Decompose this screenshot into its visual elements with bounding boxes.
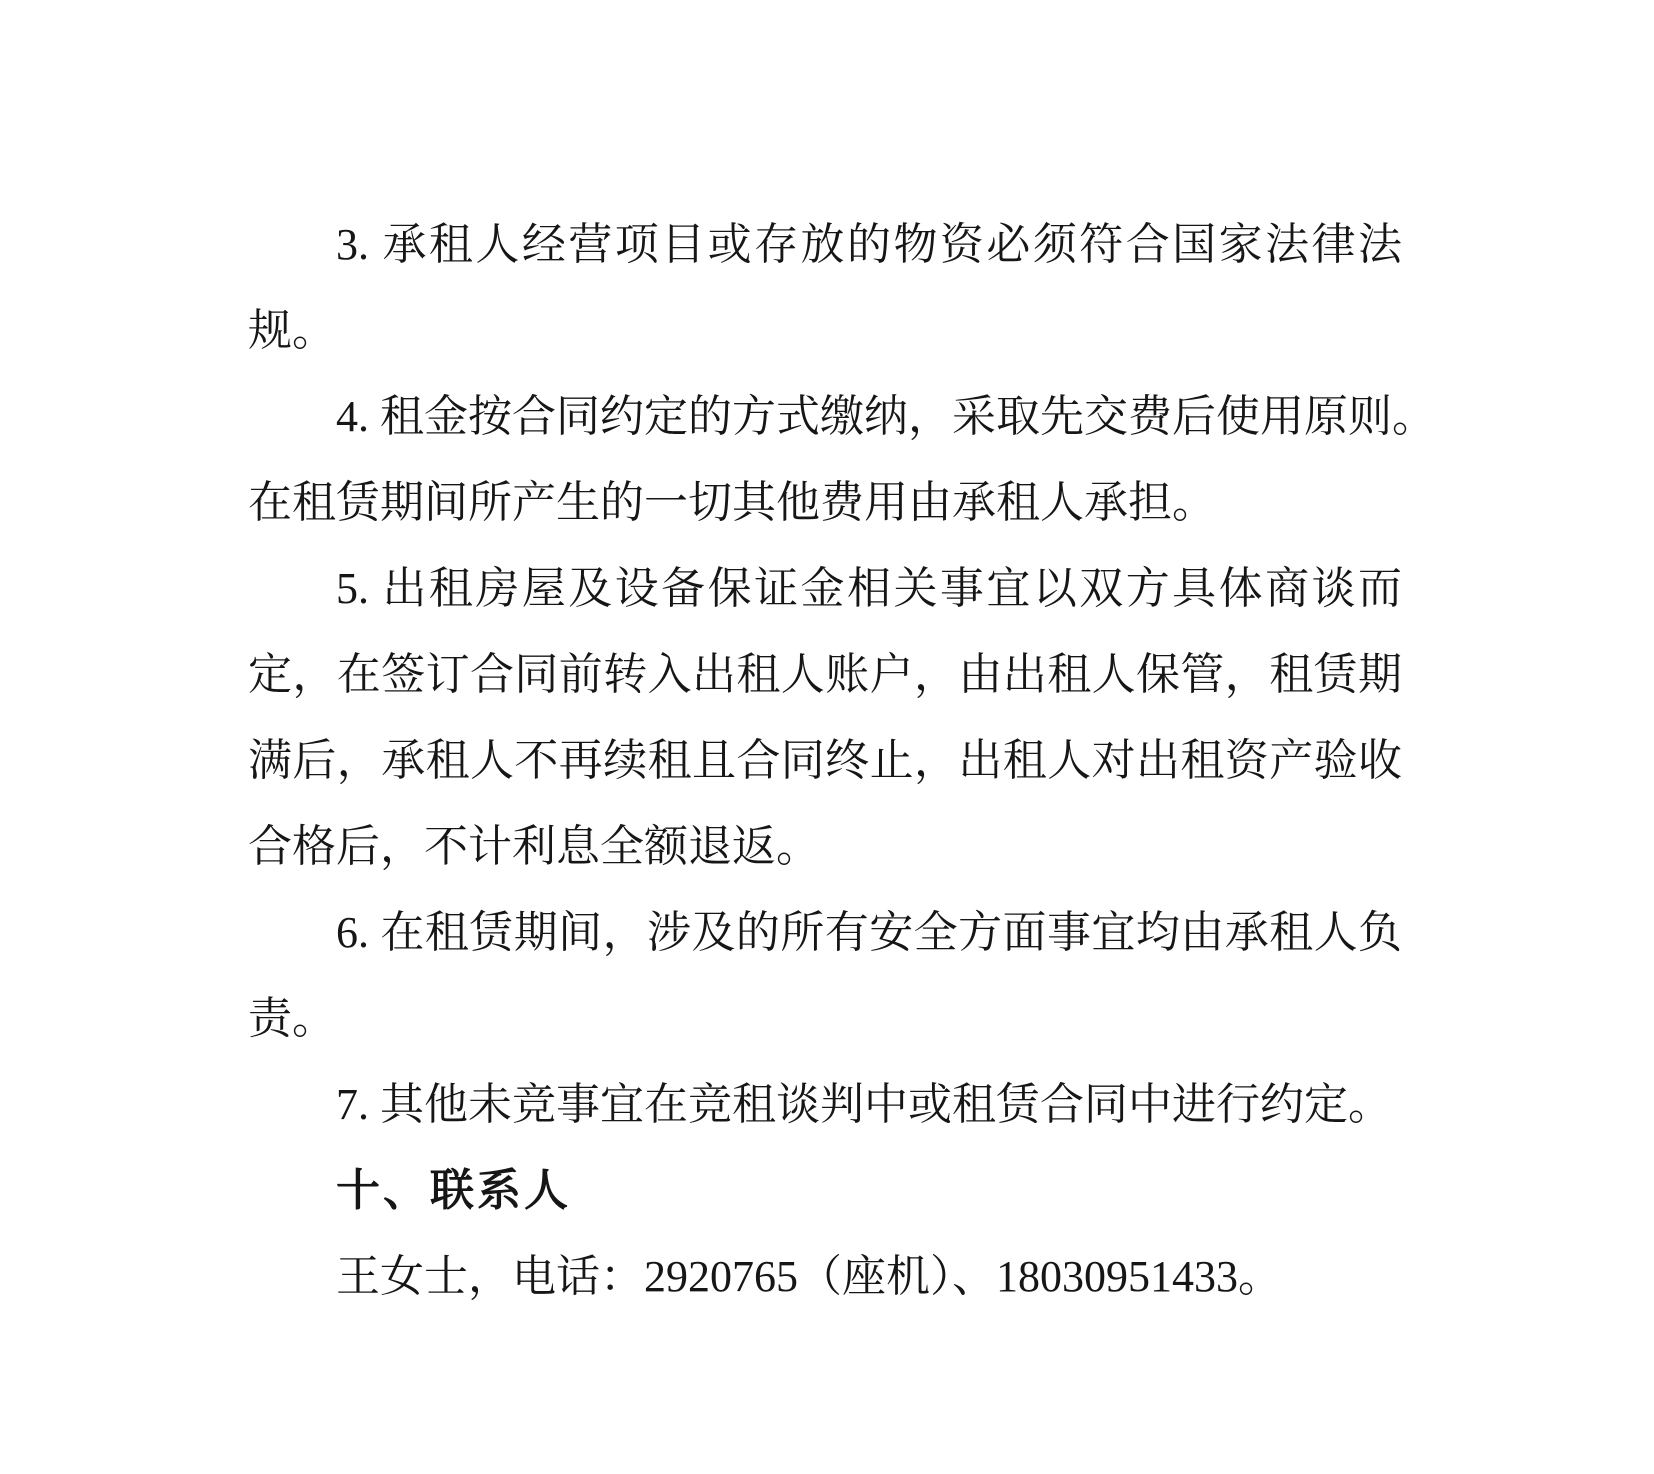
text-line: 3. 承租人经营项目或存放的物资必须符合国家法律法: [248, 202, 1402, 288]
document-page: 3. 承租人经营项目或存放的物资必须符合国家法律法规。4. 租金按合同约定的方式…: [0, 0, 1654, 1474]
text-line: 定，在签订合同前转入出租人账户，由出租人保管，租赁期: [248, 632, 1402, 718]
text-line: 规。: [248, 288, 1402, 374]
text-line: 满后，承租人不再续租且合同终止，出租人对出租资产验收: [248, 718, 1402, 804]
document-body: 3. 承租人经营项目或存放的物资必须符合国家法律法规。4. 租金按合同约定的方式…: [248, 202, 1402, 1320]
text-line: 王女士，电话：2920765（座机）、18030951433。: [248, 1234, 1402, 1320]
text-line: 在租赁期间所产生的一切其他费用由承租人承担。: [248, 460, 1402, 546]
text-line: 合格后，不计利息全额退返。: [248, 804, 1402, 890]
section-heading: 十、联系人: [248, 1148, 1402, 1234]
text-line: 4. 租金按合同约定的方式缴纳，采取先交费后使用原则。: [248, 374, 1402, 460]
text-line: 责。: [248, 976, 1402, 1062]
text-line: 6. 在租赁期间，涉及的所有安全方面事宜均由承租人负: [248, 890, 1402, 976]
text-line: 7. 其他未竞事宜在竞租谈判中或租赁合同中进行约定。: [248, 1062, 1402, 1148]
text-line: 5. 出租房屋及设备保证金相关事宜以双方具体商谈而: [248, 546, 1402, 632]
